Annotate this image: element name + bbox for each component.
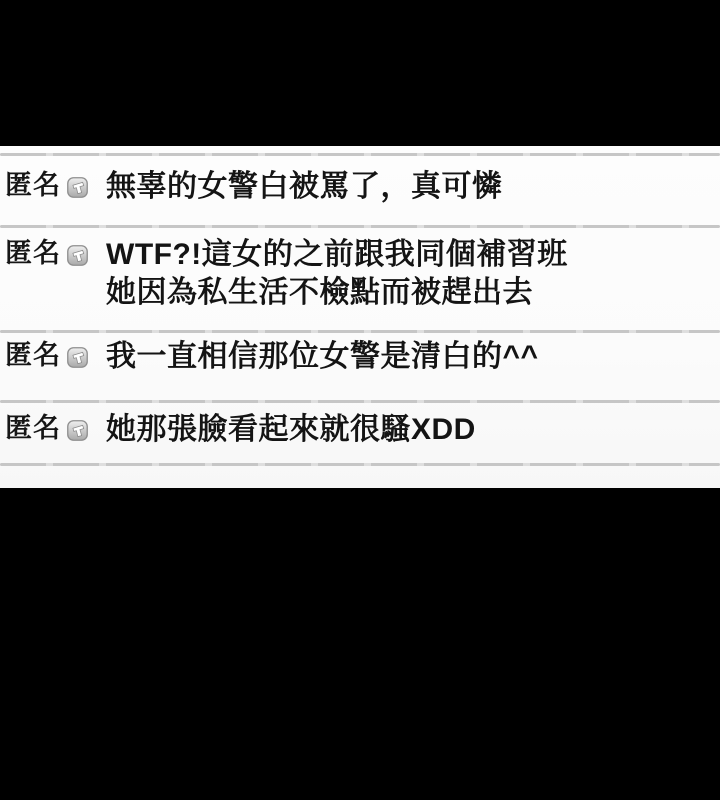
comment-text: 無辜的女警白被罵了，真可憐	[106, 168, 710, 206]
comment-text: 我一直相信那位女警是清白的^^	[106, 338, 710, 376]
anonymous-author-label: 匿名	[5, 415, 61, 442]
comment-meta: 匿名	[5, 172, 88, 199]
top-black-panel-gutter	[0, 0, 720, 146]
comment-text-line2: 她因為私生活不檢點而被趕出去	[106, 274, 710, 312]
anonymous-author-label: 匿名	[5, 172, 61, 199]
comment-row: 匿名 她那張臉看起來就很騷XDD	[0, 411, 720, 449]
comment-meta: 匿名	[5, 240, 88, 267]
separator-line	[0, 330, 720, 333]
comment-row: 匿名 我一直相信那位女警是清白的^^	[0, 338, 720, 376]
anonymous-stamp-icon	[67, 347, 88, 368]
comment-text-line1: WTF?!這女的之前跟我同個補習班	[106, 236, 710, 274]
bottom-black-panel-gutter	[0, 488, 720, 800]
comment-row: 匿名 無辜的女警白被罵了，真可憐	[0, 168, 720, 206]
comment-meta: 匿名	[5, 342, 88, 369]
comment-meta: 匿名	[5, 415, 88, 442]
comment-text: 她那張臉看起來就很騷XDD	[106, 411, 710, 449]
separator-line	[0, 463, 720, 466]
anonymous-stamp-icon	[67, 177, 88, 198]
separator-line	[0, 225, 720, 228]
comment-board-panel: 匿名 無辜的女警白被罵了，真可憐 匿名 WTF?!這女的之前跟我同個補習班 她因…	[0, 146, 720, 488]
anonymous-author-label: 匿名	[5, 240, 61, 267]
comment-row: 匿名 WTF?!這女的之前跟我同個補習班 她因為私生活不檢點而被趕出去	[0, 236, 720, 312]
anonymous-stamp-icon	[67, 245, 88, 266]
separator-line	[0, 153, 720, 156]
anonymous-author-label: 匿名	[5, 342, 61, 369]
anonymous-stamp-icon	[67, 420, 88, 441]
separator-line	[0, 400, 720, 403]
